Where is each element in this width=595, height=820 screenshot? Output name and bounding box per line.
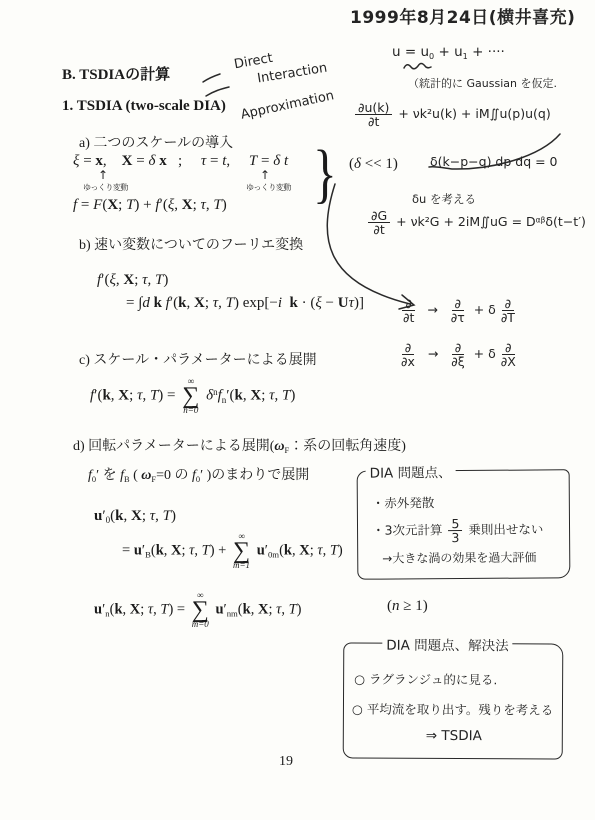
page-number: 19 <box>279 754 293 770</box>
approximation-annotation: Approximation <box>239 88 335 122</box>
solution-item-lagrangian: ○ ラグランジュ的に見る. <box>354 669 497 688</box>
dia-problems-title: DIA 問題点、 <box>366 461 456 482</box>
slow-variation-label-x: ゆっくり変動 <box>83 182 128 193</box>
problem-item-overestimate: →大きな渦の効果を過大評価 <box>382 548 536 566</box>
problem-item-power-law: ・3次元計算 53 乗則出せない <box>372 516 544 544</box>
eq-u0-lhs: u′0(k, X; τ, T) <box>94 508 176 525</box>
section-b-title: B. TSDIAの計算 <box>62 63 170 84</box>
squiggle-under-u0 <box>404 64 431 69</box>
space-derivative-transform: ∂∂x → ∂∂ξ + δ∂∂X <box>396 341 521 368</box>
du-consider-note: δu を考える <box>412 191 476 207</box>
green-function-equation: ∂G∂t + νk²G + 2iM∬uG = Dαβδ(t−t′) <box>366 209 586 236</box>
eq-un-condition: (n ≥ 1) <box>387 598 428 615</box>
spectral-equation-note: ∂u(k)∂t + νk²u(k) + iM∬u(p)u(q) <box>353 101 551 128</box>
eq-fourier-lhs: f′(ξ, X; τ, T) <box>97 272 168 289</box>
dia-solutions-title: DIA 問題点、解決法 <box>382 634 513 655</box>
interaction-connector-stroke <box>206 87 229 96</box>
problem-item-infrared: ・赤外発散 <box>372 493 435 511</box>
item-1-title: 1. TSDIA (two-scale DIA) <box>62 98 226 115</box>
eq-un: u′n(k, X; τ, T) = ∞∑m=0 u′nm(k, X; τ, T) <box>94 591 301 629</box>
delta-constraint-note: δ(k−p−q) dp dq = 0 <box>430 154 558 169</box>
section-a-label: a) 二つのスケールの導入 <box>79 132 233 152</box>
slow-variation-label-t: ゆっくり変動 <box>246 182 291 193</box>
solution-item-mean-flow: ○ 平均流を取り出す。残りを考える <box>352 699 553 718</box>
solution-item-tsdia: ⇒ TSDIA <box>426 728 482 744</box>
section-c-label: c) スケール・パラメーターによる展開 <box>79 349 317 369</box>
handwritten-date: 1999年8月24日(横井喜充) <box>350 3 575 28</box>
time-derivative-transform: ∂∂t → ∂∂τ + δ∂∂T <box>398 297 520 324</box>
gaussian-assumption-note: （統計的に Gaussian を仮定. <box>408 75 557 91</box>
eq-field-decomposition: f = F(X; T) + f′(ξ, X; τ, T) <box>73 197 227 214</box>
up-arrow-icon: ↑ <box>260 168 270 182</box>
scanned-note-page: 1999年8月24日(横井喜充) u = u0 + u1 + ···· （統計的… <box>0 0 595 820</box>
section-d-label: d) 回転パラメーターによる展開(ωF：系の回転角速度) <box>73 435 406 455</box>
eq-fourier-rhs: = ∫d k f′(k, X; τ, T) exp[−i k · (ξ − Uτ… <box>126 295 364 312</box>
eq-scale-expansion: f′(k, X; τ, T) = ∞∑n=0 δnfn′(k, X; τ, T) <box>90 377 295 415</box>
dia-problems-box: DIA 問題点、 ・赤外発散 ・3次元計算 53 乗則出せない →大きな渦の効果… <box>357 469 571 579</box>
up-arrow-icon: ↑ <box>98 168 108 182</box>
d-expansion-description: f0′ を fB ( ωF=0 の f0′ )のまわりで展開 <box>88 464 309 484</box>
section-b2-label: b) 速い変数についてのフーリエ変換 <box>79 234 303 254</box>
u-series-note: u = u0 + u1 + ···· <box>392 44 505 61</box>
grouping-brace: } <box>313 141 337 207</box>
delta-small-condition: (δ << 1) <box>349 156 398 173</box>
direct-connector-stroke <box>203 74 220 82</box>
big-curved-arrow <box>327 184 410 304</box>
eq-u0-rhs: = u′B(k, X; τ, T) + ∞∑m=1 u′0m(k, X; τ, … <box>122 532 343 570</box>
dia-solutions-box: DIA 問題点、解決法 ○ ラグランジュ的に見る. ○ 平均流を取り出す。残りを… <box>343 642 564 759</box>
